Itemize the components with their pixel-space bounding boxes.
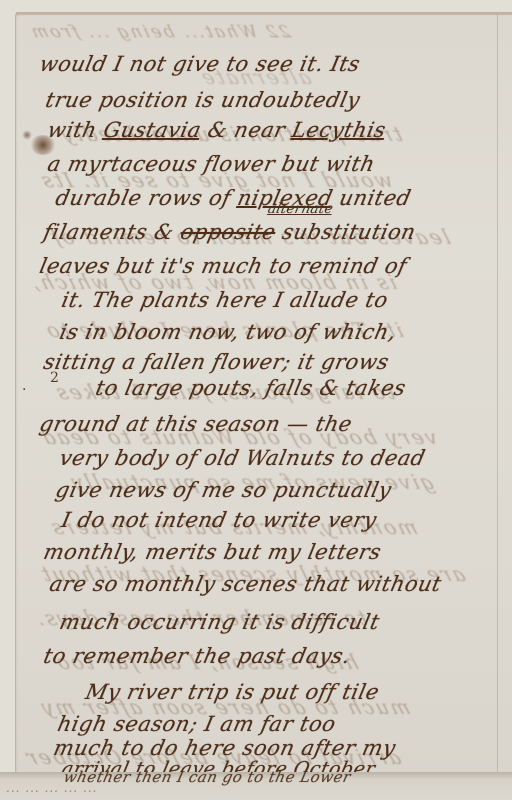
underlined-word: Lecythis: [290, 118, 389, 142]
underlined-word: Gustavia: [101, 118, 203, 142]
letter-line: much to do here soon after my: [51, 736, 398, 760]
letter-line: high season; I am far too: [55, 712, 338, 736]
letter-line: give news of me so punctually: [53, 478, 393, 502]
letter-line: true position is undoubtedly: [43, 88, 362, 112]
letter-line: sitting a fallen flower; it grows: [41, 350, 391, 374]
letter-line: I do not intend to write very: [59, 508, 379, 532]
letter-line: it. The plants here I allude to: [59, 288, 390, 312]
line-text: united: [330, 186, 413, 210]
letter-line: to remember the past days.: [41, 644, 352, 668]
line-text: substitution: [273, 220, 418, 244]
letter-line-partial: whether then I can go to the Lower: [62, 768, 353, 786]
letter-line: would I not give to see it. Its: [37, 52, 362, 76]
line-text: & near: [198, 118, 294, 142]
struck-word: opposite: [178, 220, 278, 244]
margin-mark: ·: [22, 382, 26, 398]
letter-line: are so monthly scenes that without: [47, 572, 443, 596]
letter-line: filaments & opposite substitution: [41, 220, 418, 244]
line-text: durable rows of: [53, 186, 240, 210]
line-text: filaments &: [41, 220, 183, 244]
margin-mark: 2: [50, 370, 59, 386]
page-top-edge: [16, 12, 512, 15]
letter-line: very body of old Walnuts to dead: [57, 446, 427, 470]
ink-stain: [22, 130, 32, 140]
line-text: with: [45, 118, 106, 142]
letter-line: My river trip is put off tile: [83, 680, 381, 704]
bleed-through-text: 22 What... being ... from: [27, 22, 294, 42]
letter-line: is in bloom now, two of which,: [57, 320, 398, 344]
letter-line: durable rows of niplexed united: [53, 186, 413, 210]
letter-line: much occurring it is difficult: [57, 610, 381, 634]
interlinear-insertion: alternate: [266, 201, 334, 217]
page-fold-line: [497, 14, 498, 774]
letter-line: leaves but it's much to remind of: [37, 254, 409, 278]
letter-line: a myrtaceous flower but with: [45, 152, 377, 176]
letter-line: monthly, merits but my letters: [41, 540, 383, 564]
letter-line: ground at this season — the: [37, 412, 354, 436]
manuscript-scan: 22 What... being ... from alternate true…: [0, 0, 512, 800]
letter-line: to large pouts, falls & takes: [93, 376, 408, 400]
letter-line: with Gustavia & near Lecythis: [45, 118, 388, 142]
